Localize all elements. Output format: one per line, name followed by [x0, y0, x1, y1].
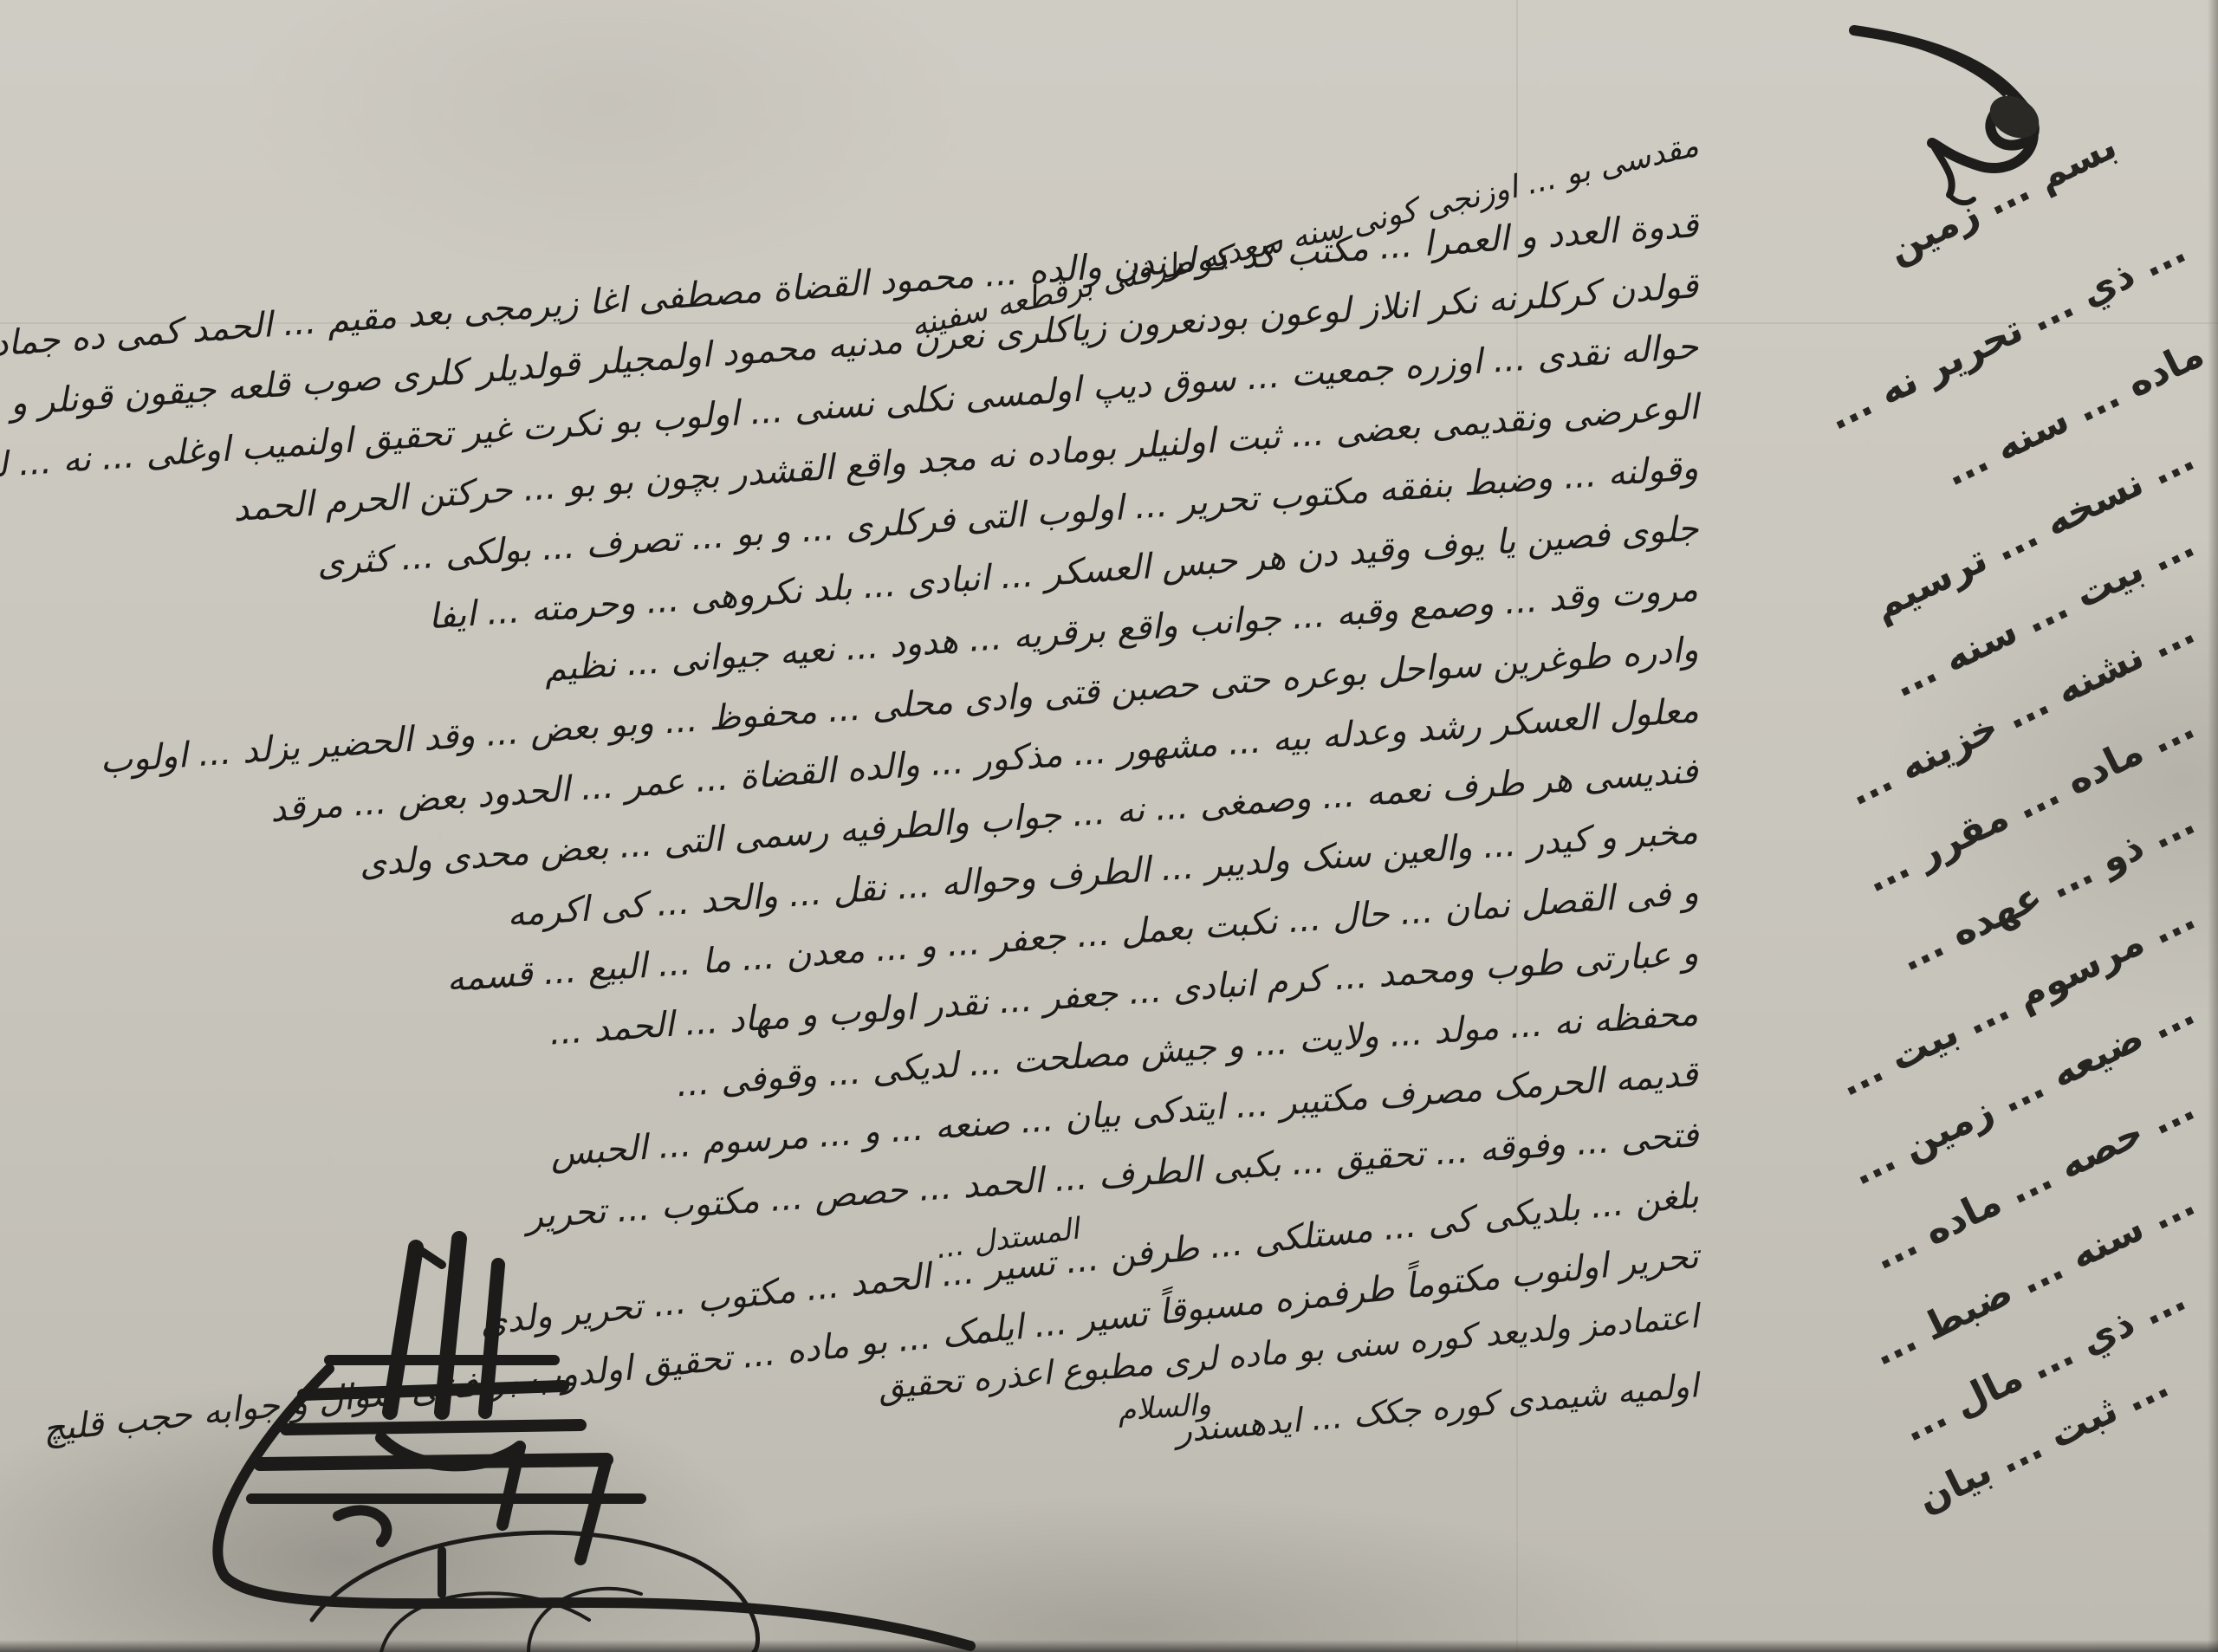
signature-small: والسلام [1117, 1387, 1212, 1428]
side-line: ... حصه ... ماده ... [1866, 1085, 2202, 1279]
main-text: مقدسی بو ... اوزنجی کونی سنه سعدیه طرفنی… [0, 104, 1698, 1403]
side-annotation: بسم ... زمين ... ذي ... تحرير نه ... ماد… [1629, 69, 2218, 1455]
tughra-monogram-icon [156, 1213, 1005, 1652]
side-line: بسم ... زمين [1881, 124, 2124, 273]
side-line: ... ماده ... مقرر ... [1858, 704, 2202, 902]
side-line: ... ذي ... تحرير نه ... [1821, 228, 2193, 439]
